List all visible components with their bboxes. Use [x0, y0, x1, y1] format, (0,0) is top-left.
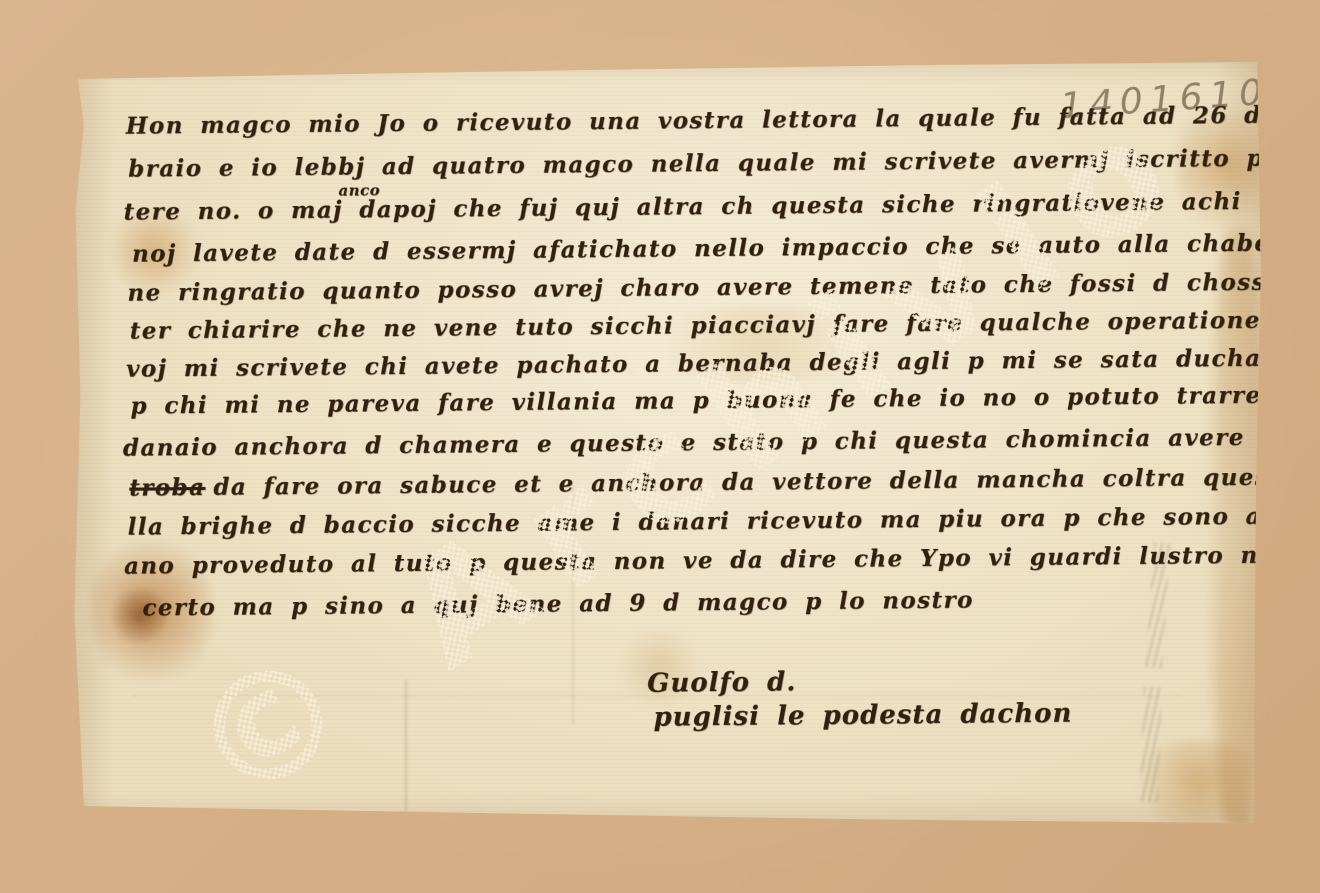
line-text: da fare ora sabuce et e anchora da vetto…	[213, 463, 1320, 501]
line-text: lla brighe d baccio sicche ame i danari …	[128, 502, 1315, 540]
handwriting-line: lla brighe d baccio sicche ame i danari …	[128, 502, 1315, 540]
manuscript-scan-page: { "scan": { "description_label": "Scanne…	[0, 0, 1320, 893]
signature-line: puglisi le podesta dachon	[653, 699, 1072, 733]
handwriting-line: p chi mi ne pareva fare villania ma p bu…	[130, 382, 1261, 420]
handwriting-line: tere no. o maj dapoj che fuj quj altra c…	[123, 188, 1241, 226]
handwriting-line: ano proveduto al tuto p questa non ve da…	[124, 541, 1320, 580]
letter-paper: 1401610 Hon magco mio Jo o ricevuto una …	[72, 55, 1262, 830]
line-text: tere no. o maj dapoj che fuj quj altra c…	[123, 188, 1241, 226]
line-text: ne ringratio quanto posso avrej charo av…	[127, 268, 1320, 307]
line-text: noj lavete date d essermj afatichato nel…	[132, 229, 1320, 268]
handwriting-block: Hon magco mio Jo o ricevuto una vostra l…	[69, 45, 1266, 831]
line-text: braio e io lebbj ad quatro magco nella q…	[128, 144, 1320, 183]
line-text: Hon magco mio Jo o ricevuto una vostra l…	[126, 101, 1306, 139]
line-text: danaio anchora d chamera e questo e stat…	[123, 423, 1320, 462]
handwriting-line: Hon magco mio Jo o ricevuto una vostra l…	[126, 101, 1306, 139]
handwriting-line: danaio anchora d chamera e questo e stat…	[123, 423, 1320, 462]
handwriting-line: ter chiarire che ne vene tuto sicchi pia…	[130, 307, 1271, 345]
handwriting-line: certo ma p sino a quj bene ad 9 d magco …	[142, 587, 974, 622]
line-text: ano proveduto al tuto p questa non ve da…	[124, 541, 1320, 580]
line-text: ter chiarire che ne vene tuto sicchi pia…	[130, 307, 1271, 345]
signature-line: Guolfo d.	[647, 667, 796, 698]
handwriting-line: voj mi scrivete chi avete pachato a bern…	[126, 343, 1320, 382]
handwriting-line: trobada fare ora sabuce et e anchora da …	[129, 463, 1320, 502]
struck-word: troba	[129, 474, 205, 502]
handwriting-line: ne ringratio quanto posso avrej charo av…	[127, 268, 1320, 307]
handwriting-line: noj lavete date d essermj afatichato nel…	[132, 229, 1320, 268]
line-text: certo ma p sino a quj bene ad 9 d magco …	[142, 587, 974, 622]
line-text: voj mi scrivete chi avete pachato a bern…	[126, 343, 1320, 382]
handwriting-line: braio e io lebbj ad quatro magco nella q…	[128, 144, 1320, 183]
line-text: p chi mi ne pareva fare villania ma p bu…	[130, 382, 1261, 420]
